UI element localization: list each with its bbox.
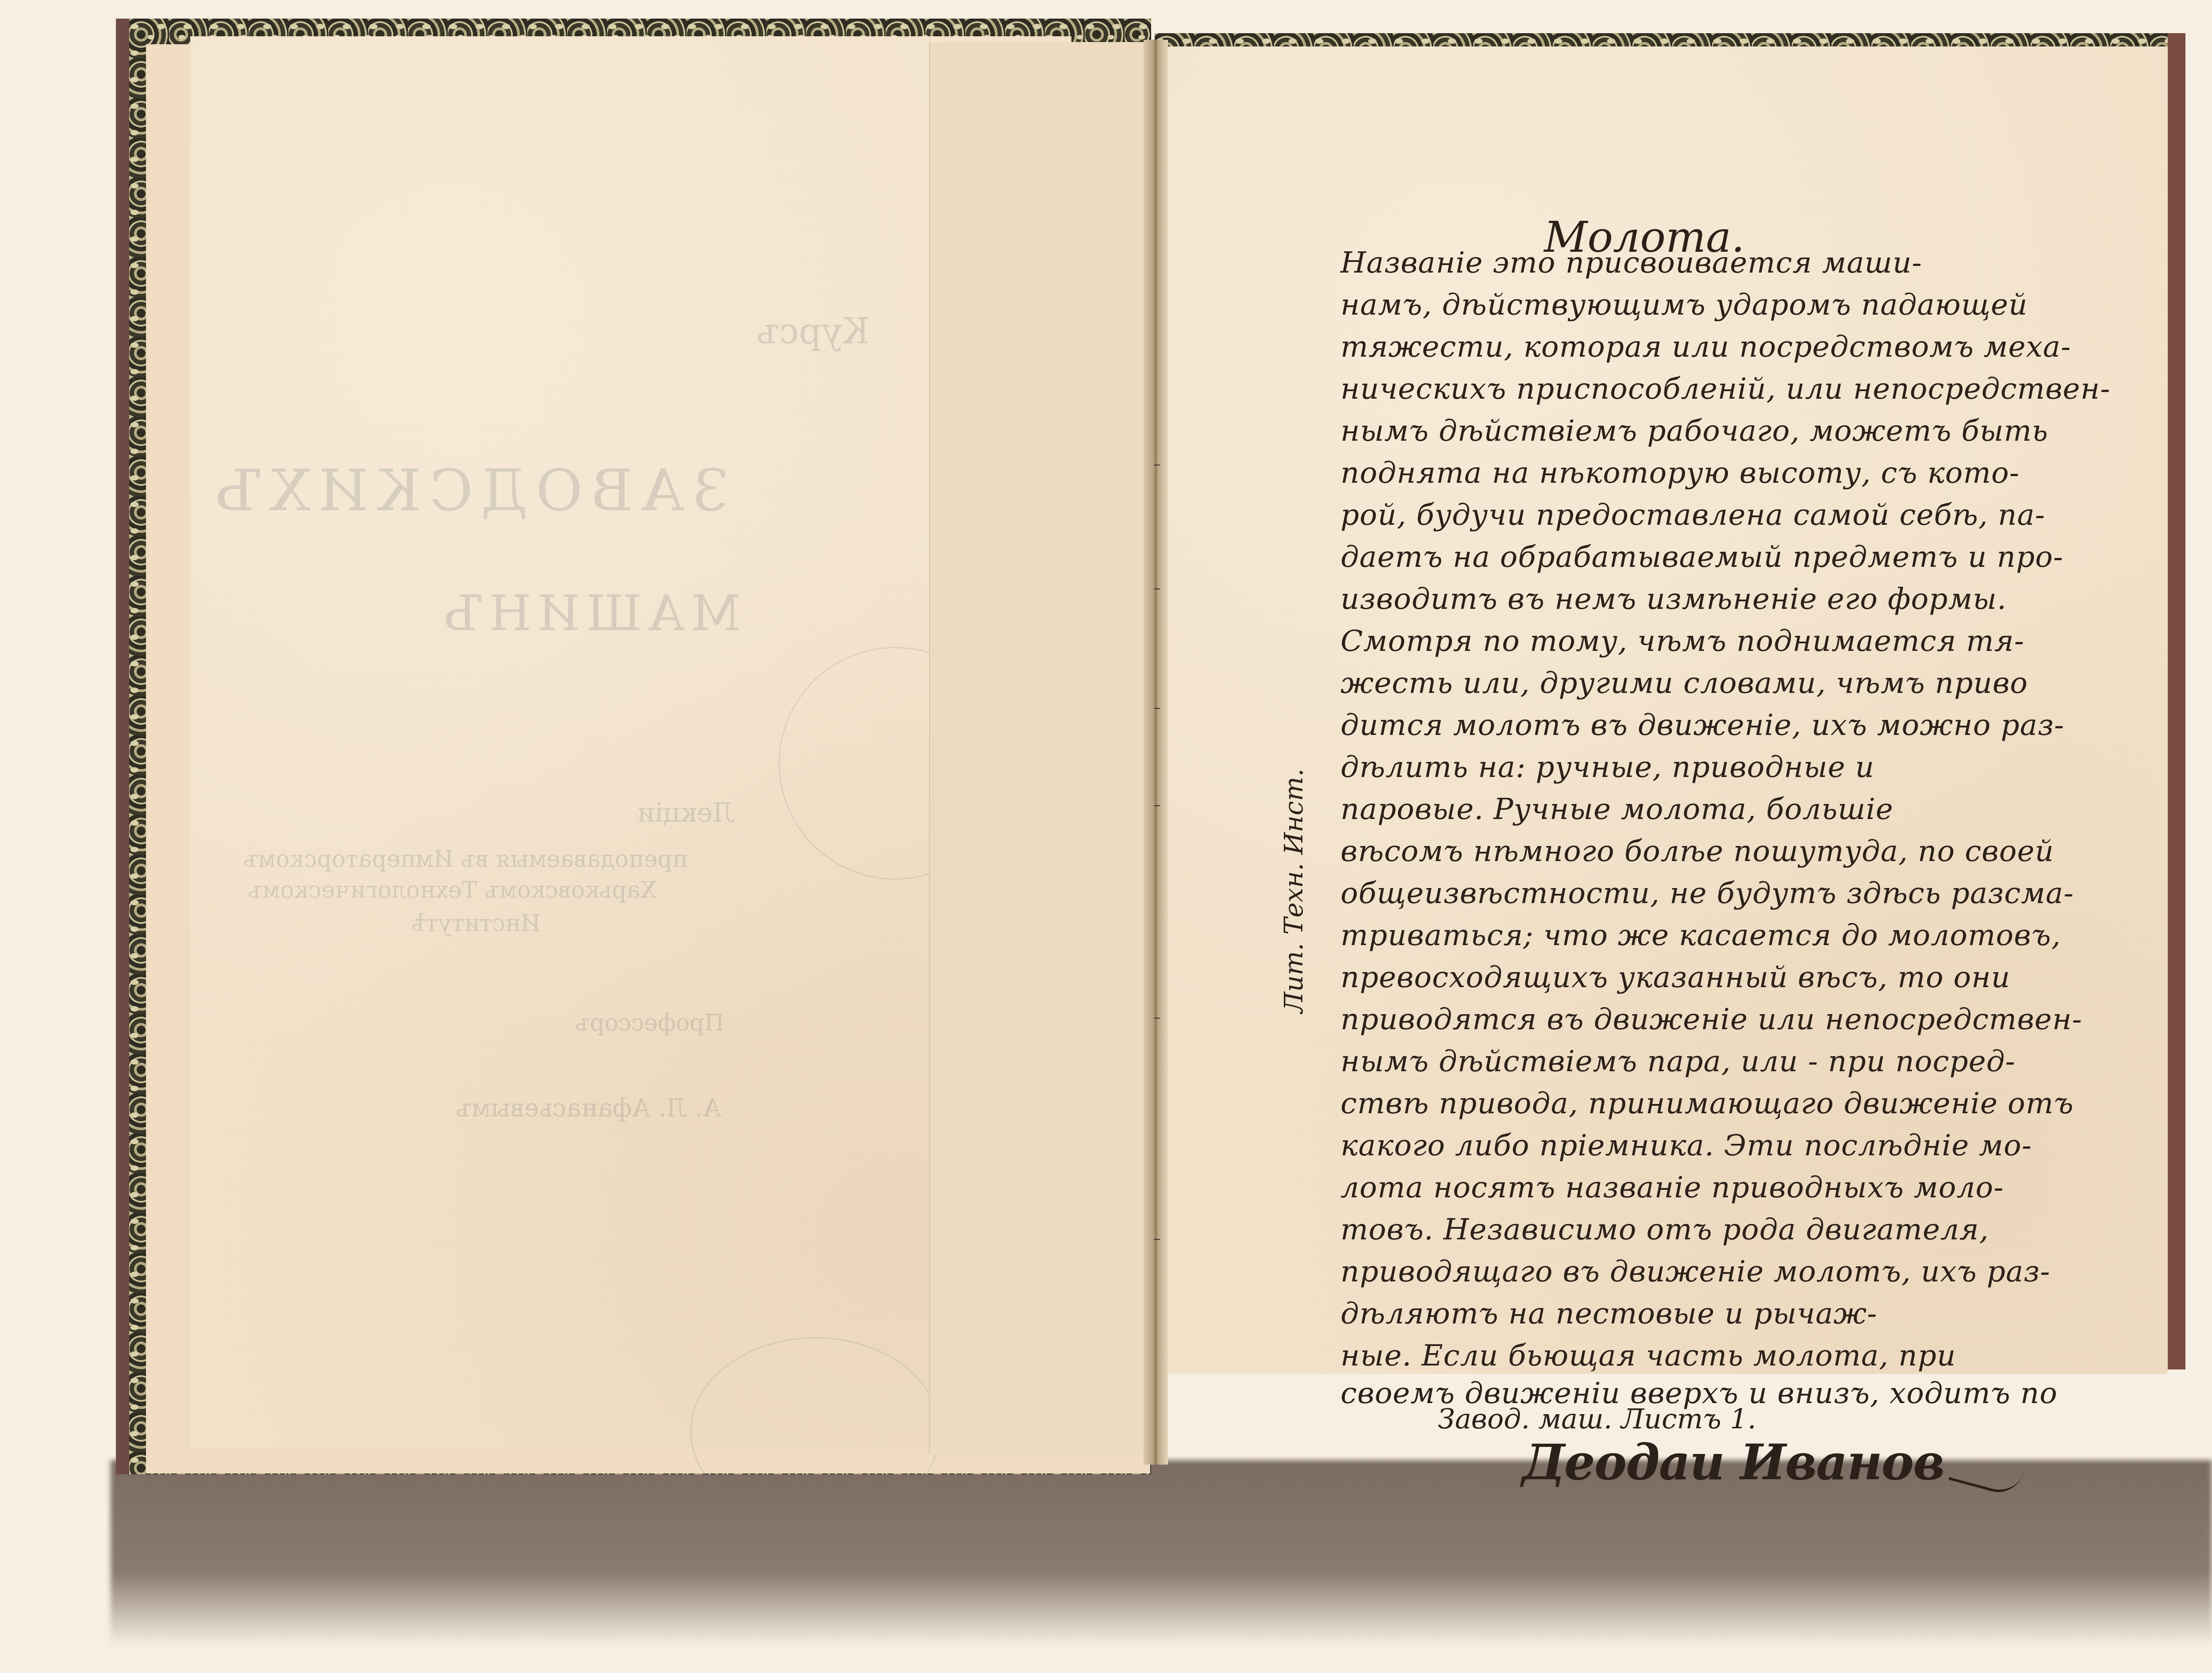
text-line: паровые. Ручные молота, большіе [1340, 792, 1893, 826]
book-photo-scene: Курсъ ЗАВОДСКИХЪ МАШИНЪ Лекціи преподава… [0, 0, 2212, 1673]
text-line: дѣляютъ на пестовые и рычаж- [1340, 1296, 1878, 1331]
text-line: приводящаго въ движеніе молотъ, ихъ раз- [1340, 1254, 2051, 1288]
show-through-line: ЗАВОДСКИХЪ [208, 457, 729, 524]
show-through-line: А. Л. Афанасьевымъ [456, 1094, 722, 1123]
text-line: дится молотъ въ движеніе, ихъ можно раз- [1340, 708, 2064, 742]
text-line: намъ, дѣйствующимъ ударомъ падающей [1340, 288, 2028, 322]
show-through-line: Институтѣ [411, 910, 541, 937]
text-line: Смотря по тому, чѣмъ поднимается тя- [1340, 624, 2024, 658]
text-line: рой, будучи предоставлена самой себѣ, па… [1340, 498, 2045, 532]
text-line: какого либо пріемника. Эти послѣдніе мо- [1340, 1128, 2032, 1162]
show-through-stamp [690, 1337, 941, 1526]
show-through-line: Курсъ [757, 311, 870, 352]
text-line: жесть или, другими словами, чѣмъ приво [1340, 666, 2028, 700]
binding-stitch [1154, 805, 1160, 806]
text-line: вѣсомъ нѣмного болѣе пошутуда, по своей [1340, 834, 2054, 868]
text-line: Названіе это присвоивается маши- [1340, 246, 1922, 280]
show-through-line: преподаваемыя въ Императорскомъ [243, 846, 687, 873]
binding-stitch [1154, 588, 1160, 589]
text-line: общеизвѣстности, не будутъ здѣсь разсма- [1340, 876, 2074, 910]
show-through-line: Лекціи [637, 797, 735, 828]
margin-note: Лит. Техн. Инст. [1279, 769, 1309, 1013]
text-line: товъ. Независимо отъ рода двигателя, [1340, 1212, 1989, 1246]
text-line: тяжести, которая или посредствомъ меха- [1340, 330, 2071, 364]
text-line: дѣлить на: ручные, приводные и [1340, 750, 1874, 784]
text-line: ническихъ приспособленій, или непосредст… [1340, 372, 2110, 406]
text-line: даетъ на обрабатываемый предметъ и про- [1340, 540, 2063, 574]
binding-stitch [1154, 1239, 1160, 1240]
text-line: ствѣ привода, принимающаго движеніе отъ [1340, 1086, 2074, 1120]
text-line: нымъ дѣйствіемъ рабочаго, можетъ быть [1340, 414, 2048, 448]
text-line: поднята на нѣкоторую высоту, съ кото- [1340, 456, 2020, 490]
show-through-line: МАШИНЪ [438, 585, 741, 642]
binding-stitch [1154, 1018, 1160, 1019]
text-line: триваться; что же касается до молотовъ, [1340, 918, 2061, 952]
text-line: приводятся въ движеніе или непосредствен… [1340, 1002, 2082, 1036]
book-gutter [1144, 40, 1168, 1465]
text-line: превосходящихъ указанный вѣсъ, то они [1340, 960, 2010, 994]
left-page-folded-flap [929, 42, 1151, 1454]
binding-stitch [1154, 465, 1160, 465]
text-line: лота носятъ названіе приводныхъ моло- [1340, 1170, 2004, 1204]
text-line: изводитъ въ немъ измѣненіе его формы. [1340, 582, 2007, 616]
binding-stitch [1154, 708, 1160, 709]
text-line: нымъ дѣйствіемъ пара, или - при посред- [1340, 1044, 2016, 1078]
show-through-line: Харьковскомъ Технологическомъ [248, 877, 657, 904]
page-footer: Завод. маш. Листъ 1. [1438, 1403, 1756, 1435]
show-through-line: Профессоръ [575, 1010, 724, 1036]
text-line: ные. Если бьющая часть молота, при [1340, 1338, 1956, 1373]
signature: Деодаи Иванов [1522, 1434, 1944, 1491]
